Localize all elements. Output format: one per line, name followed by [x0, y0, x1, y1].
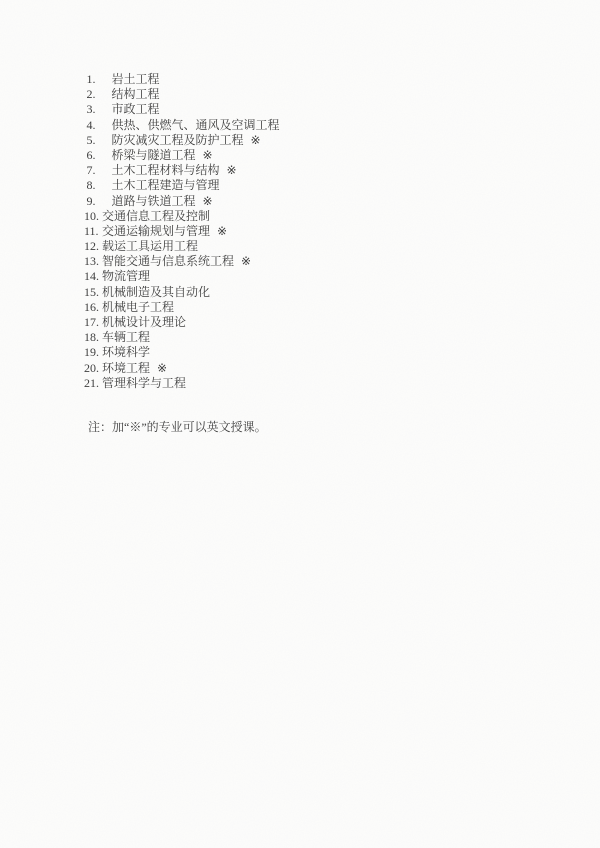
program-list: 1.岩土工程 2.结构工程 3.市政工程 4.供热、供燃气、通风及空调工程 5.…	[0, 72, 600, 391]
list-item: 9.道路与铁道工程※	[0, 194, 600, 209]
item-label: 机械制造及其自动化	[102, 285, 210, 299]
item-label: 物流管理	[102, 269, 150, 283]
item-number: 15.	[84, 285, 102, 300]
item-number: 3.	[87, 102, 112, 117]
item-label: 防灾减灾工程及防护工程	[112, 133, 244, 147]
list-item: 3.市政工程	[0, 102, 600, 117]
list-item: 18.车辆工程	[0, 330, 600, 345]
item-number: 19.	[84, 345, 102, 360]
list-item: 19.环境科学	[0, 345, 600, 360]
item-number: 16.	[84, 300, 102, 315]
item-label: 交通信息工程及控制	[102, 209, 210, 223]
item-number: 14.	[84, 269, 102, 284]
english-star: ※	[241, 254, 251, 268]
footnote-text: 注：加“※”的专业可以英文授课。	[88, 420, 267, 434]
document-page: 1.岩土工程 2.结构工程 3.市政工程 4.供热、供燃气、通风及空调工程 5.…	[0, 0, 600, 848]
item-number: 10.	[84, 209, 102, 224]
item-label: 市政工程	[112, 102, 160, 116]
english-star: ※	[251, 133, 261, 147]
item-label: 土木工程材料与结构	[112, 163, 220, 177]
list-item: 11.交通运输规划与管理※	[0, 224, 600, 239]
list-item: 2.结构工程	[0, 87, 600, 102]
english-star: ※	[203, 148, 213, 162]
item-number: 17.	[84, 315, 102, 330]
item-label: 机械电子工程	[102, 300, 174, 314]
item-number: 13.	[84, 254, 102, 269]
item-label: 道路与铁道工程	[112, 194, 196, 208]
list-item: 13.智能交通与信息系统工程※	[0, 254, 600, 269]
list-item: 20.环境工程※	[0, 361, 600, 376]
item-number: 8.	[87, 178, 112, 193]
item-number: 4.	[87, 118, 112, 133]
item-label: 管理科学与工程	[102, 376, 186, 390]
item-number: 18.	[84, 330, 102, 345]
item-number: 21.	[84, 376, 102, 391]
english-star: ※	[203, 194, 213, 208]
list-item: 12.载运工具运用工程	[0, 239, 600, 254]
item-number: 20.	[84, 361, 102, 376]
item-number: 2.	[87, 87, 112, 102]
list-item: 7.土木工程材料与结构※	[0, 163, 600, 178]
footnote: 注：加“※”的专业可以英文授课。	[88, 420, 267, 435]
list-item: 6.桥梁与隧道工程※	[0, 148, 600, 163]
item-label: 智能交通与信息系统工程	[102, 254, 234, 268]
item-label: 交通运输规划与管理	[102, 224, 210, 238]
english-star: ※	[157, 361, 167, 375]
item-label: 供热、供燃气、通风及空调工程	[112, 118, 280, 132]
item-label: 机械设计及理论	[102, 315, 186, 329]
item-number: 7.	[87, 163, 112, 178]
list-item: 21.管理科学与工程	[0, 376, 600, 391]
list-item: 1.岩土工程	[0, 72, 600, 87]
list-item: 15.机械制造及其自动化	[0, 285, 600, 300]
item-label: 载运工具运用工程	[102, 239, 198, 253]
item-label: 岩土工程	[112, 72, 160, 86]
item-number: 1.	[87, 72, 112, 87]
item-number: 12.	[84, 239, 102, 254]
english-star: ※	[227, 163, 237, 177]
list-item: 8.土木工程建造与管理	[0, 178, 600, 193]
item-number: 11.	[84, 224, 102, 239]
item-number: 6.	[87, 148, 112, 163]
item-label: 车辆工程	[102, 330, 150, 344]
list-item: 10.交通信息工程及控制	[0, 209, 600, 224]
item-label: 环境科学	[102, 345, 150, 359]
list-item: 16.机械电子工程	[0, 300, 600, 315]
list-item: 14.物流管理	[0, 269, 600, 284]
list-item: 4.供热、供燃气、通风及空调工程	[0, 118, 600, 133]
list-item: 17.机械设计及理论	[0, 315, 600, 330]
list-item: 5.防灾减灾工程及防护工程※	[0, 133, 600, 148]
item-label: 土木工程建造与管理	[112, 178, 220, 192]
item-label: 桥梁与隧道工程	[112, 148, 196, 162]
item-label: 结构工程	[112, 87, 160, 101]
item-number: 5.	[87, 133, 112, 148]
item-label: 环境工程	[102, 361, 150, 375]
item-number: 9.	[87, 194, 112, 209]
english-star: ※	[217, 224, 227, 238]
